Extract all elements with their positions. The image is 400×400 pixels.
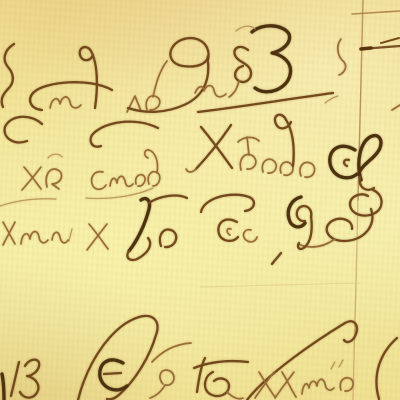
handwriting-line-4 xyxy=(2,316,397,400)
handwriting xyxy=(0,26,400,400)
paper-crease xyxy=(200,283,360,287)
handwriting-line-2 xyxy=(5,115,382,247)
header-rule-top xyxy=(352,11,400,14)
ink-blot-rule-junction xyxy=(361,48,371,49)
stray-ink-marks xyxy=(325,96,400,110)
handwriting-line-3 xyxy=(0,195,312,264)
edge-dash-top-right xyxy=(381,38,399,43)
manuscript-scan xyxy=(0,0,400,400)
margin-ruling xyxy=(200,0,400,400)
margin-rule-vertical-lower xyxy=(353,200,358,400)
manuscript-page: Aged handwritten manuscript fragment (sc… xyxy=(0,0,400,400)
handwriting-line-1 xyxy=(2,26,346,112)
